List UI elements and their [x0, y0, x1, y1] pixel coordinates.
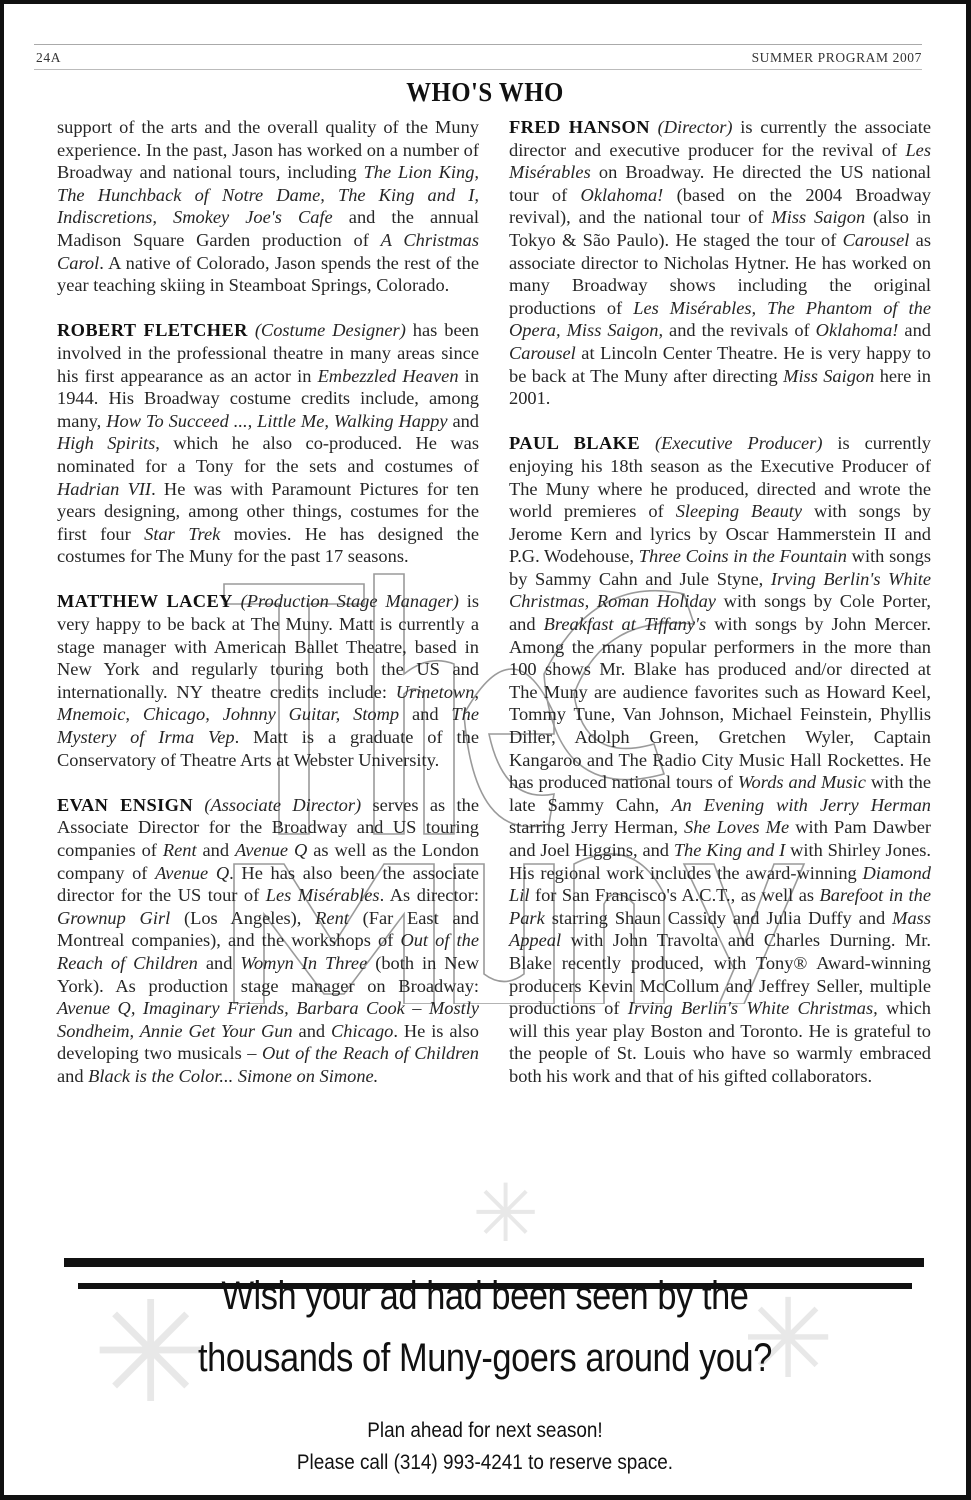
title-italic: Grownup Girl: [57, 908, 170, 928]
title-italic: Out of the Reach of Children: [262, 1043, 479, 1063]
bio-name: ROBERT FLETCHER: [57, 320, 248, 340]
program-page: 24A SUMMER PROGRAM 2007 WHO'S WHO suppor…: [0, 0, 971, 1500]
bio-evan-ensign: EVAN ENSIGN (Associate Director) serves …: [57, 794, 479, 1088]
title-italic: High Spirits: [57, 433, 155, 453]
bio-text: and: [197, 840, 235, 860]
title-italic: The King and I: [674, 840, 785, 860]
page-number: 24A: [36, 50, 61, 66]
bio-text: with songs by John Mercer. Among the man…: [509, 614, 931, 792]
title-italic: Miss Saigon: [783, 366, 874, 386]
bio-paul-blake: PAUL BLAKE (Executive Producer) is curre…: [509, 432, 931, 1087]
title-italic: Oklahoma!: [581, 185, 664, 205]
bio-role: (Production Stage Manager): [241, 591, 459, 611]
bio-text: and: [198, 953, 240, 973]
title-italic: How To Succeed ..., Little Me, Walking H…: [106, 411, 447, 431]
bio-text: (Los Angeles),: [170, 908, 315, 928]
title-italic: Les Misérables: [266, 885, 380, 905]
bio-continued-jason: support of the arts and the overall qual…: [57, 116, 479, 297]
bio-name: EVAN ENSIGN: [57, 795, 193, 815]
bio-name: FRED HANSON: [509, 117, 650, 137]
bio-robert-fletcher: ROBERT FLETCHER (Costume Designer) has b…: [57, 319, 479, 568]
title-italic: Rent: [163, 840, 197, 860]
bio-text: and: [57, 1066, 88, 1086]
bio-text: and: [293, 1021, 331, 1041]
bio-text: and the revivals of: [663, 320, 816, 340]
bio-role: (Associate Director): [204, 795, 361, 815]
title-italic: Chicago: [331, 1021, 393, 1041]
right-column: FRED HANSON (Director) is currently the …: [509, 116, 931, 1110]
title-italic: Star Trek: [144, 524, 220, 544]
title-italic: Avenue Q: [155, 863, 229, 883]
bio-matthew-lacey: MATTHEW LACEY (Production Stage Manager)…: [57, 590, 479, 771]
title-italic: Three Coins in the Fountain: [639, 546, 847, 566]
bio-text: and: [448, 411, 480, 431]
title-italic: Irving Berlin's White Christmas,: [628, 998, 878, 1018]
title-italic: Miss Saigon: [771, 207, 865, 227]
advertisement: ✳ ✳ ✳ Wish your ad had been seen by the …: [52, 1294, 918, 1484]
title-italic: Avenue Q: [235, 840, 307, 860]
bio-name: PAUL BLAKE: [509, 433, 640, 453]
title-italic: Rent: [315, 908, 349, 928]
bio-text: starring Jerry Herman,: [509, 817, 684, 837]
title-italic: Oklahoma!: [816, 320, 899, 340]
bio-role: (Costume Designer): [255, 320, 406, 340]
section-title: WHO'S WHO: [42, 77, 927, 108]
bio-text: and: [898, 320, 931, 340]
title-italic: Carousel: [843, 230, 910, 250]
bio-name: MATTHEW LACEY: [57, 591, 233, 611]
title-italic: Carousel: [509, 343, 576, 363]
bio-text: starring Shaun Cassidy and Julia Duffy a…: [545, 908, 892, 928]
title-italic: Embezzled Heaven: [318, 366, 459, 386]
ad-headline-line2: thousands of Muny-goers around you?: [113, 1336, 858, 1381]
title-italic: Breakfast at Tiffany's: [544, 614, 706, 634]
bio-text: and: [399, 704, 451, 724]
title-italic: An Evening with Jerry Herman: [671, 795, 931, 815]
bio-text: . A native of Colorado, Jason spends the…: [57, 253, 479, 296]
running-header: 24A SUMMER PROGRAM 2007: [34, 44, 922, 70]
bio-text: for San Francisco's A.C.T., as well as: [529, 885, 819, 905]
ad-headline-line1: Wish your ad had been seen by the: [113, 1274, 858, 1319]
title-italic: She Loves Me: [684, 817, 789, 837]
title-italic: Black is the Color... Simone on Simone.: [88, 1066, 378, 1086]
ad-subline-plan: Plan ahead for next season!: [95, 1419, 874, 1443]
left-column: support of the arts and the overall qual…: [57, 116, 479, 1110]
title-italic: Sleeping Beauty: [676, 501, 802, 521]
title-italic: Hadrian VII: [57, 479, 151, 499]
bio-role: (Director): [658, 117, 733, 137]
bio-text: . As director:: [380, 885, 479, 905]
bio-fred-hanson: FRED HANSON (Director) is currently the …: [509, 116, 931, 410]
title-italic: Womyn In Three: [240, 953, 367, 973]
bio-role: (Executive Producer): [655, 433, 822, 453]
ad-subline-call: Please call (314) 993-4241 to reserve sp…: [95, 1451, 874, 1475]
publication-title: SUMMER PROGRAM 2007: [752, 50, 922, 66]
title-italic: Words and Music: [738, 772, 866, 792]
sparkle-icon: ✳: [472, 1174, 539, 1254]
